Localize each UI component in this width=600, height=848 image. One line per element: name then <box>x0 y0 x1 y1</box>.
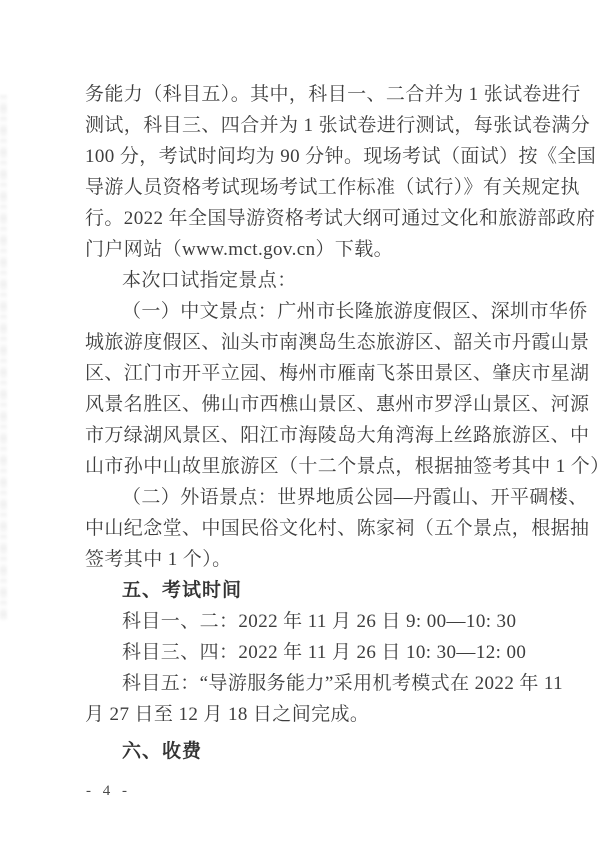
page-number: - 4 - <box>86 783 131 800</box>
text-line: （一）中文景点：广州市长隆旅游度假区、深圳市华侨 <box>85 296 523 327</box>
text-line: 科目一、二：2022 年 11 月 26 日 9: 00—10: 30 <box>85 606 523 637</box>
text-line: 山市孙中山故里旅游区（十二个景点，根据抽签考其中 1 个）。 <box>85 451 523 482</box>
text-line: 区、江门市开平立园、梅州市雁南飞茶田景区、肇庆市星湖 <box>85 358 523 389</box>
scan-artifact-strip <box>0 95 7 620</box>
document-text-block: 务能力（科目五）。其中，科目一、二合并为 1 张试卷进行测试，科目三、四合并为 … <box>85 79 523 767</box>
text-line: 测试，科目三、四合并为 1 张试卷进行测试，每张试卷满分 <box>85 110 523 141</box>
text-lines: 务能力（科目五）。其中，科目一、二合并为 1 张试卷进行测试，科目三、四合并为 … <box>85 79 523 767</box>
text-line: 科目五：“导游服务能力”采用机考模式在 2022 年 11 <box>85 668 523 699</box>
text-line: 导游人员资格考试现场考试工作标准（试行）》有关规定执 <box>85 172 523 203</box>
text-line: 行。2022 年全国导游资格考试大纲可通过文化和旅游部政府 <box>85 203 523 234</box>
section-heading: 六、收费 <box>85 736 523 767</box>
text-line: 中山纪念堂、中国民俗文化村、陈家祠（五个景点，根据抽 <box>85 513 523 544</box>
text-line: 市万绿湖风景区、阳江市海陵岛大角湾海上丝路旅游区、中 <box>85 420 523 451</box>
text-line: 100 分，考试时间均为 90 分钟。现场考试（面试）按《全国 <box>85 141 523 172</box>
text-line: 门户网站（www.mct.gov.cn）下载。 <box>85 234 523 265</box>
text-line: 科目三、四：2022 年 11 月 26 日 10: 30—12: 00 <box>85 637 523 668</box>
text-line: 月 27 日至 12 月 18 日之间完成。 <box>85 699 523 730</box>
text-line: 风景名胜区、佛山市西樵山景区、惠州市罗浮山景区、河源 <box>85 389 523 420</box>
text-line: 务能力（科目五）。其中，科目一、二合并为 1 张试卷进行 <box>85 79 523 110</box>
text-line: 城旅游度假区、汕头市南澳岛生态旅游区、韶关市丹霞山景 <box>85 327 523 358</box>
text-line: 本次口试指定景点： <box>85 265 523 296</box>
text-line: 签考其中 1 个）。 <box>85 544 523 575</box>
text-line: （二）外语景点：世界地质公园—丹霞山、开平碉楼、 <box>85 482 523 513</box>
section-heading: 五、考试时间 <box>85 575 523 606</box>
